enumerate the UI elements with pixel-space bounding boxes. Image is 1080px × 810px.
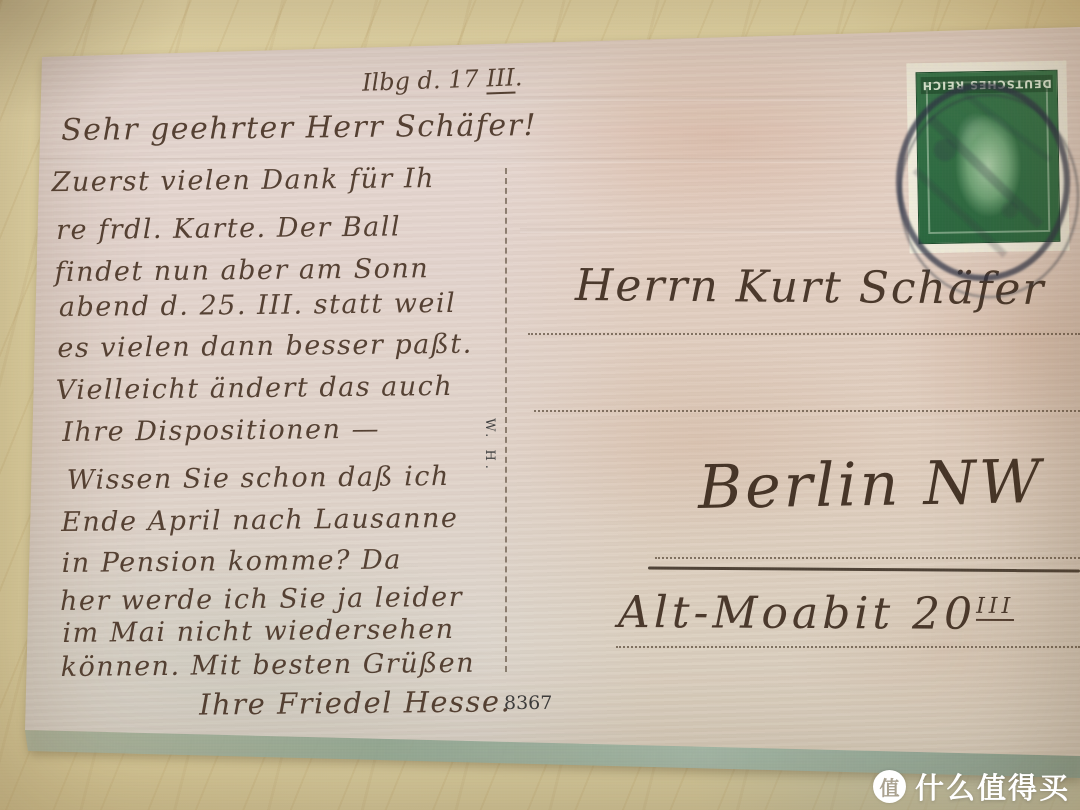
stamp-design: DEUTSCHES REICH — [916, 70, 1061, 244]
photo-canvas: Ilbg d. 17 III. Sehr geehrter Herr Schäf… — [0, 0, 1080, 810]
message-line: es vielen dann besser paßt. — [57, 329, 473, 364]
smzdm-watermark: 值 什么值得买 — [873, 766, 1070, 807]
message-address-divider — [505, 168, 507, 672]
street-floor-numeral: III — [976, 594, 1014, 621]
message-line: können. Mit besten Grüßen — [61, 648, 476, 683]
message-line: Ende April nach Lausanne — [61, 503, 459, 538]
message-line: abend d. 25. III. statt weil — [59, 288, 457, 323]
germania-figure — [917, 71, 1057, 73]
postcard-wrap: Ilbg d. 17 III. Sehr geehrter Herr Schäf… — [0, 0, 1080, 810]
smzdm-brand-text: 什么值得买 — [915, 766, 1070, 807]
message-line: her werde ich Sie ja leider — [60, 582, 463, 617]
card-number: 8367 — [504, 692, 552, 714]
message-line: Sehr geehrter Herr Schäfer! — [61, 108, 537, 148]
message-line: im Mai nicht wiedersehen — [62, 614, 455, 649]
stamp-country-text: DEUTSCHES REICH — [921, 75, 1053, 94]
message-line: re frdl. Karte. Der Ball — [56, 211, 401, 246]
address-street: Alt-Moabit 20III — [618, 587, 1014, 640]
address-rule-1 — [528, 333, 1080, 335]
address-rule-4 — [616, 646, 1080, 648]
smzdm-logo-icon: 值 — [873, 770, 906, 803]
message-line: Ihre Dispositionen — — [62, 414, 380, 448]
address-rule-2 — [534, 410, 1080, 412]
message-line: Zuerst vielen Dank für Ih — [51, 163, 435, 198]
message-line: in Pension komme? Da — [61, 544, 402, 579]
address-city: Berlin NW — [697, 447, 1044, 523]
message-line: Wissen Sie schon daß ich — [67, 461, 450, 496]
message-line: Ihre Friedel Hesse. — [199, 684, 511, 721]
printer-mark: W. H. — [482, 418, 497, 473]
stamp-frame — [926, 80, 1051, 234]
message-line: findet nun aber am Sonn — [54, 253, 429, 288]
message-line: Vielleicht ändert das auch — [56, 371, 454, 406]
address-rule-3 — [655, 557, 1080, 559]
address-recipient: Herrn Kurt Schäfer — [575, 260, 1046, 315]
postage-stamp: DEUTSCHES REICH — [906, 61, 1069, 254]
street-text: Alt-Moabit 20 — [618, 587, 976, 640]
postcard-back: Ilbg d. 17 III. Sehr geehrter Herr Schäf… — [0, 0, 1080, 810]
